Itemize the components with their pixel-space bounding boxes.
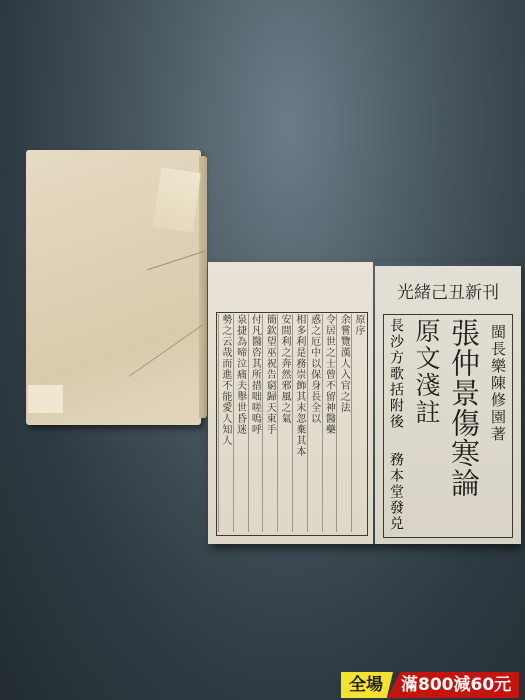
- torn-corner: [153, 168, 201, 233]
- photo-scene: 原序 余嘗覽漢人入官之法 令居世之士曾不留神醫藥 惑之厄中以保身長全以 相多利是…: [0, 0, 525, 700]
- section-label: 原序: [351, 314, 366, 532]
- text-column: 余嘗覽漢人入官之法: [336, 314, 351, 532]
- text-column: 令居世之士曾不留神醫藥: [322, 314, 337, 532]
- promo-banner[interactable]: 全場 滿800減60元: [341, 672, 519, 698]
- appendix-note: 長沙方歌括附後: [386, 318, 406, 430]
- text-column: 付凡醫咨其所措咄嗟嗚呼: [248, 314, 263, 532]
- cover-crease: [129, 324, 203, 376]
- text-column: 相多利是務崇飾其末忽棄其本: [292, 314, 307, 532]
- sub-title: 原文淺註: [407, 318, 443, 532]
- text-column: 勢之云哉而進不能愛人知人: [218, 314, 233, 532]
- side-notes: 長沙方歌括附後 務本堂發兑: [385, 318, 407, 532]
- title-columns: 閩長樂陳修園著 張仲景傷寒論 原文淺註 長沙方歌括附後 務本堂發兑: [385, 318, 509, 532]
- cover-crack: [147, 251, 204, 270]
- promo-label: 全場: [341, 672, 393, 698]
- closed-book: [26, 150, 201, 425]
- promo-offer: 滿800減60元: [387, 672, 519, 698]
- book-spine: [199, 156, 207, 418]
- preface-text: 原序 余嘗覽漢人入官之法 令居世之士曾不留神醫藥 惑之厄中以保身長全以 相多利是…: [218, 314, 366, 532]
- text-column: 簡欽望巫祝告窮歸天束手: [262, 314, 277, 532]
- author-line: 閩長樂陳修園著: [483, 318, 509, 532]
- cover-patch: [28, 385, 63, 413]
- preface-page: 原序 余嘗覽漢人入官之法 令居世之士曾不留神醫藥 惑之厄中以保身長全以 相多利是…: [208, 262, 373, 544]
- edition-line: 光緒己丑新刊: [375, 278, 521, 303]
- text-column: 泉捷為啼泣痛夫舉世昏迷: [233, 314, 248, 532]
- text-column: 安間利之奔然邪風之氣: [277, 314, 292, 532]
- publisher-name: 務本堂發兑: [386, 452, 406, 532]
- title-page: 光緒己丑新刊 閩長樂陳修園著 張仲景傷寒論 原文淺註 長沙方歌括附後 務本堂發兑: [375, 266, 521, 544]
- main-title: 張仲景傷寒論: [443, 318, 483, 532]
- text-column: 惑之厄中以保身長全以: [307, 314, 322, 532]
- open-book: 原序 余嘗覽漢人入官之法 令居世之士曾不留神醫藥 惑之厄中以保身長全以 相多利是…: [208, 262, 518, 544]
